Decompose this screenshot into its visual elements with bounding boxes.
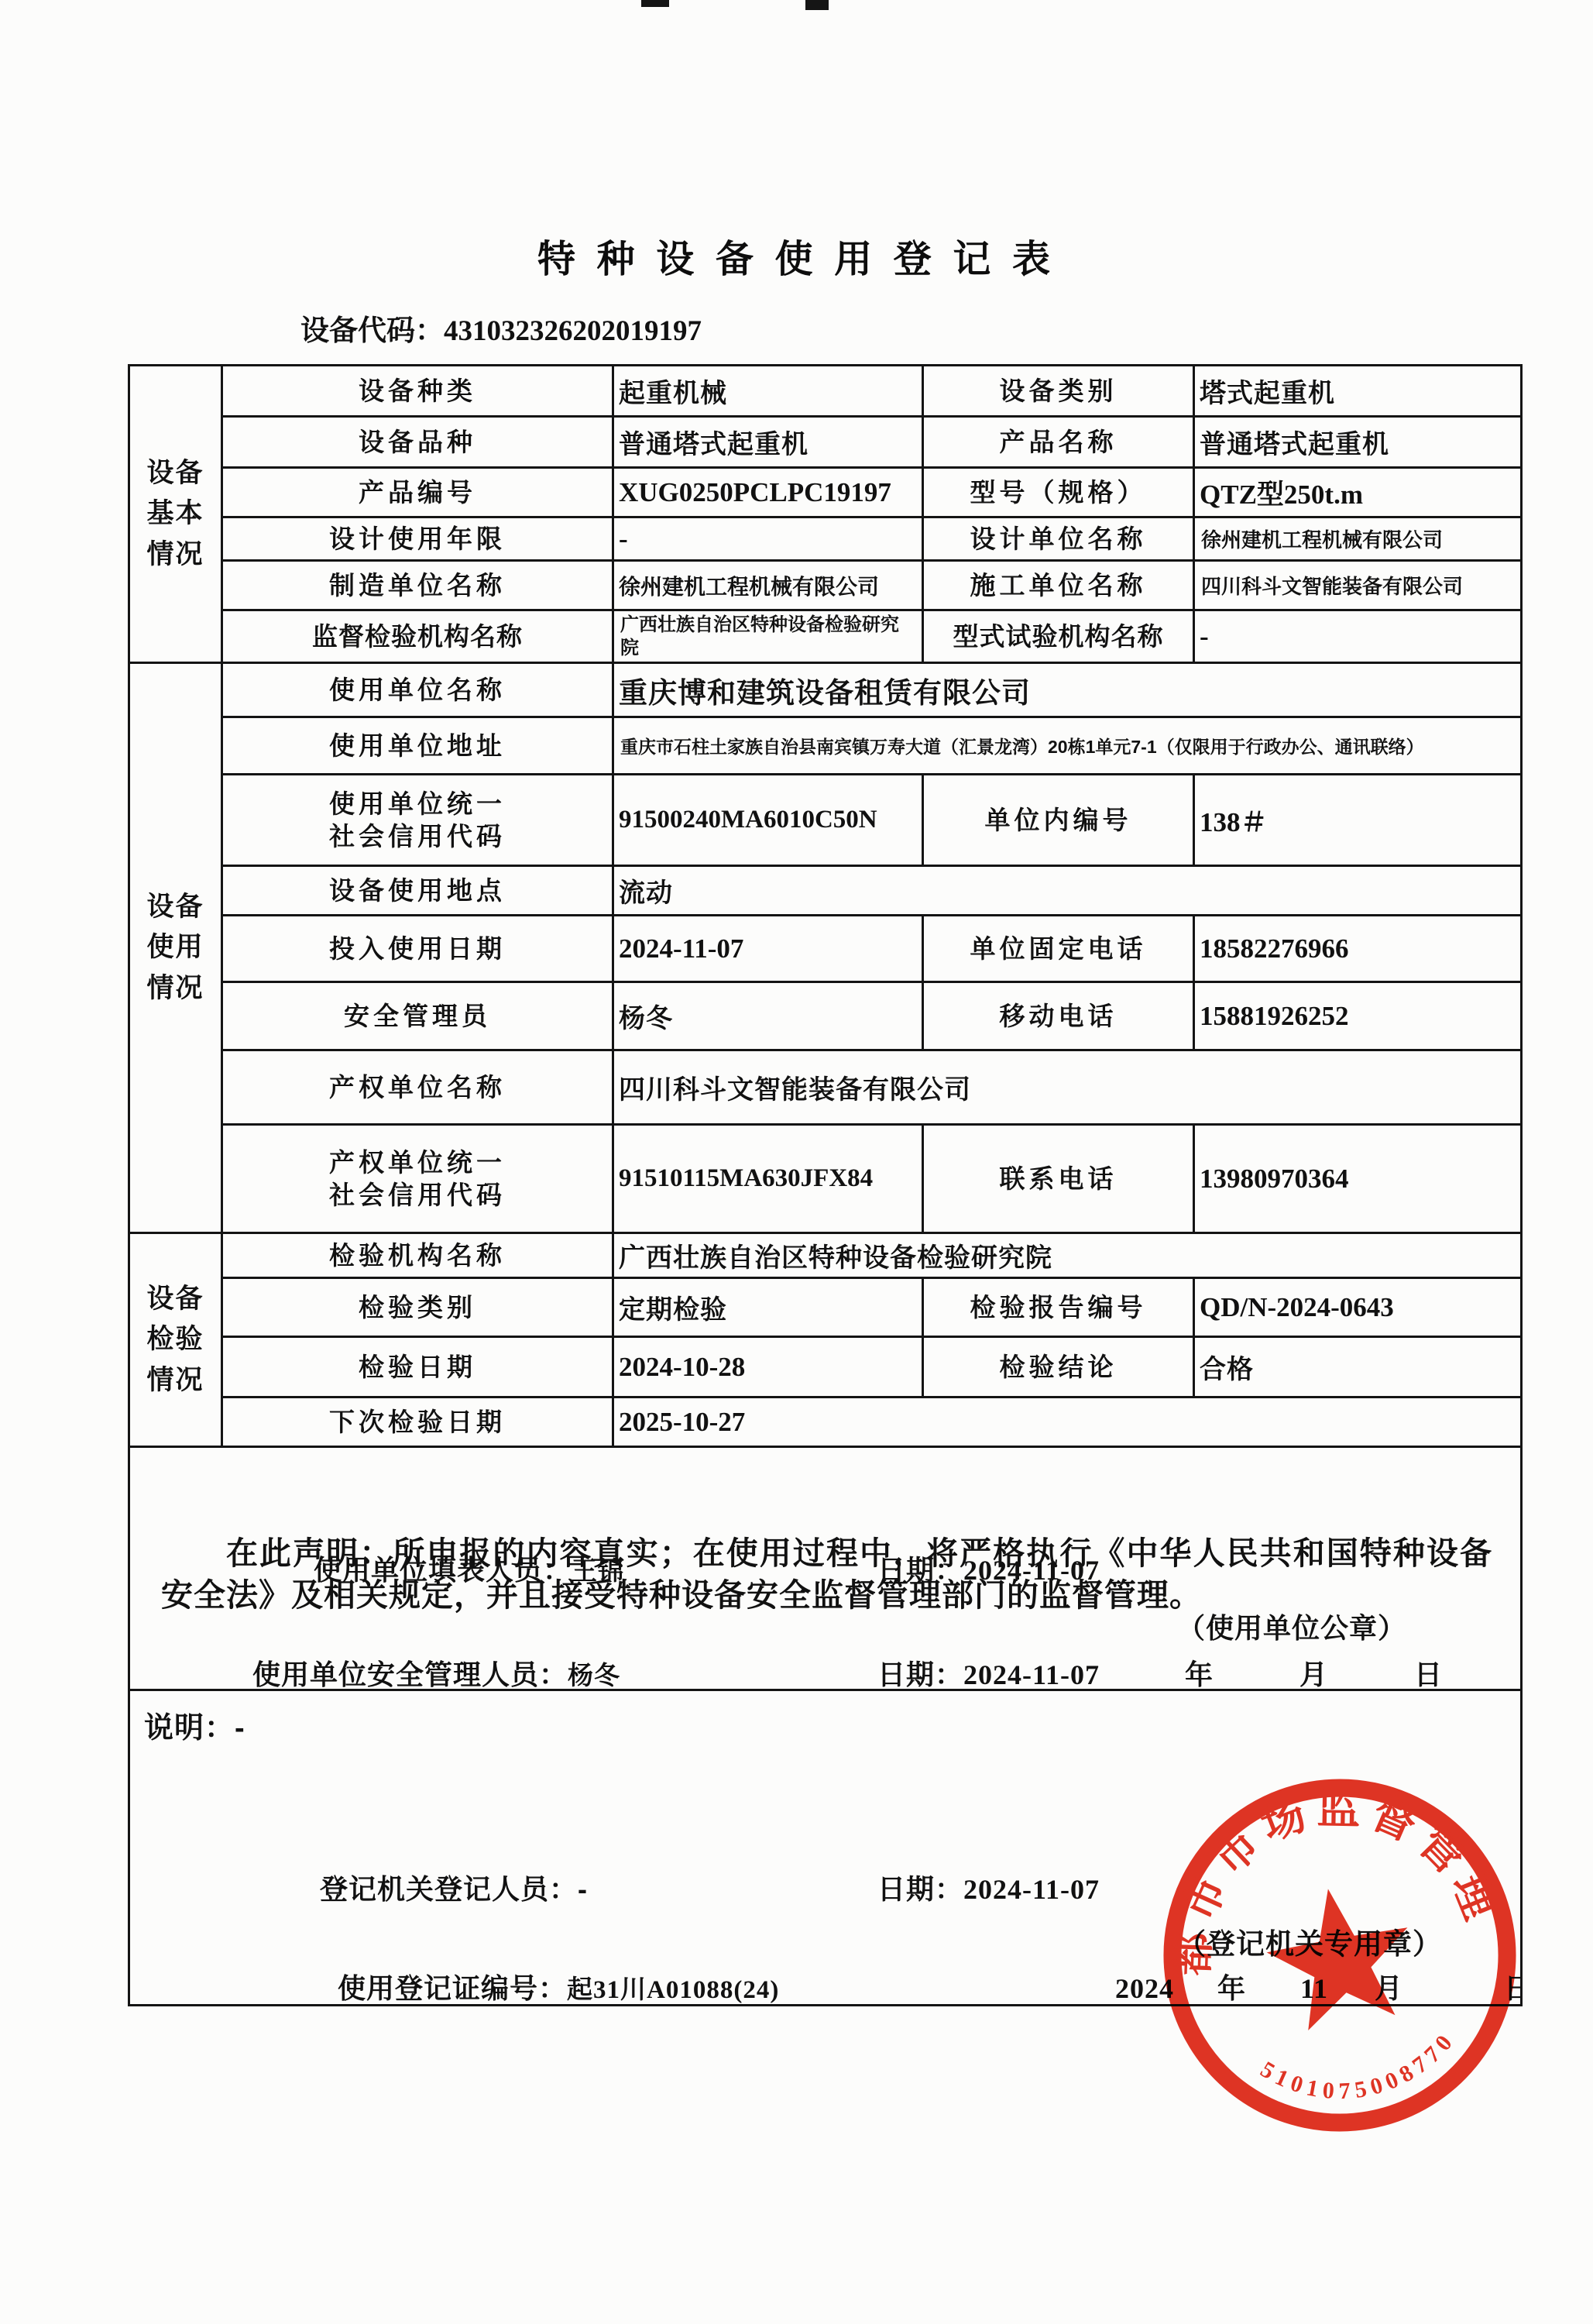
field-value: 普通塔式起重机 [1194, 417, 1522, 468]
registrar-row: 登记机关登记人员：- [320, 1868, 588, 1907]
table-row: 设备 检验 情况 检验机构名称 广西壮族自治区特种设备检验研究院 [129, 1233, 1522, 1278]
device-code-label: 设备代码： [300, 315, 444, 346]
table-row: 投入使用日期 2024-11-07 单位固定电话 18582276966 [129, 916, 1522, 982]
table-row: 监督检验机构名称 广西壮族自治区特种设备检验研究院 型式试验机构名称 - [129, 610, 1522, 663]
field-label: 检验机构名称 [222, 1233, 613, 1278]
scan-artifact [641, 0, 669, 7]
field-value: - [613, 517, 923, 561]
field-value: QD/N-2024-0643 [1194, 1278, 1522, 1337]
field-label: 下次检验日期 [222, 1397, 613, 1447]
section-label-basic: 设备 基本 情况 [129, 366, 222, 663]
field-value: 起重机械 [613, 366, 923, 417]
field-value: 定期检验 [613, 1278, 923, 1337]
field-label: 型号（规格） [923, 468, 1194, 517]
field-value: 重庆市石柱土家族自治县南宾镇万寿大道（汇景龙湾）20栋1单元7-1（仅限用于行政… [613, 717, 1522, 775]
table-row: 使用单位地址 重庆市石柱土家族自治县南宾镇万寿大道（汇景龙湾）20栋1单元7-1… [129, 717, 1522, 775]
field-value: 15881926252 [1194, 982, 1522, 1050]
field-label: 检验日期 [222, 1337, 613, 1397]
field-value: QTZ型250t.m [1194, 468, 1522, 517]
field-label: 设备使用地点 [222, 866, 613, 916]
registrar-date: 日期：2024-11-07 [877, 1868, 1100, 1907]
unit-seal-note: （使用单位公章） [1177, 1607, 1406, 1646]
ymd-blank: 年 月 日 [1185, 1653, 1443, 1690]
field-label: 监督检验机构名称 [222, 610, 613, 663]
field-value: 138＃ [1194, 775, 1522, 866]
table-row: 产权单位名称 四川科斗文智能装备有限公司 [129, 1050, 1522, 1125]
field-value: XUG0250PCLPC19197 [613, 468, 923, 517]
field-label: 使用单位名称 [222, 663, 613, 717]
section-label-inspection: 设备 检验 情况 [129, 1233, 222, 1447]
filler-date: 日期：2024-11-07 [877, 1549, 1100, 1588]
field-label: 施工单位名称 [923, 561, 1194, 610]
field-label: 产权单位名称 [222, 1050, 613, 1125]
filler-name: 王锦 [572, 1556, 624, 1585]
field-value: 塔式起重机 [1194, 366, 1522, 417]
field-value: 广西壮族自治区特种设备检验研究院 [613, 1233, 1522, 1278]
table-row: 使用单位统一 社会信用代码 91500240MA6010C50N 单位内编号 1… [129, 775, 1522, 866]
table-row: 设备品种 普通塔式起重机 产品名称 普通塔式起重机 [129, 417, 1522, 468]
safety-name: 杨冬 [568, 1661, 620, 1690]
field-label: 单位内编号 [923, 775, 1194, 866]
field-label: 设计单位名称 [923, 517, 1194, 561]
field-label: 单位固定电话 [923, 916, 1194, 982]
field-label: 联系电话 [923, 1125, 1194, 1233]
declaration-block: 在此声明：所申报的内容真实；在使用过程中，将严格执行《中华人民共和国特种设备安全… [129, 1447, 1522, 1690]
field-value: 2024-10-28 [613, 1337, 923, 1397]
field-value: 2024-11-07 [613, 916, 923, 982]
filler-label: 使用单位填表人员： [314, 1554, 572, 1586]
safety-row: 使用单位安全管理人员：杨冬 [252, 1653, 620, 1690]
field-label: 产品编号 [222, 468, 613, 517]
field-label: 检验报告编号 [923, 1278, 1194, 1337]
field-label: 移动电话 [923, 982, 1194, 1050]
field-label: 安全管理员 [222, 982, 613, 1050]
table-row: 产权单位统一 社会信用代码 91510115MA630JFX84 联系电话 13… [129, 1125, 1522, 1233]
field-label: 产品名称 [923, 417, 1194, 468]
safety-date: 日期：2024-11-07 [877, 1653, 1100, 1690]
field-value: 91510115MA630JFX84 [613, 1125, 923, 1233]
table-row: 在此声明：所申报的内容真实；在使用过程中，将严格执行《中华人民共和国特种设备安全… [129, 1447, 1522, 1690]
field-label: 设备品种 [222, 417, 613, 468]
table-row: 设备 使用 情况 使用单位名称 重庆博和建筑设备租赁有限公司 [129, 663, 1522, 717]
page-title: 特 种 设 备 使 用 登 记 表 [0, 229, 1593, 284]
field-value: 普通塔式起重机 [613, 417, 923, 468]
field-label: 设备种类 [222, 366, 613, 417]
field-value: 四川科斗文智能装备有限公司 [613, 1050, 1522, 1125]
field-value: 四川科斗文智能装备有限公司 [1194, 561, 1522, 610]
note-label: 说明：- [144, 1703, 245, 1746]
scan-artifact [805, 0, 829, 10]
safety-label: 使用单位安全管理人员： [252, 1659, 568, 1690]
field-value: 重庆博和建筑设备租赁有限公司 [613, 663, 1522, 717]
document-page: 特 种 设 备 使 用 登 记 表 设备代码：43103232620201919… [0, 0, 1593, 2324]
table-row: 安全管理员 杨冬 移动电话 15881926252 [129, 982, 1522, 1050]
field-value: 杨冬 [613, 982, 923, 1050]
field-label: 制造单位名称 [222, 561, 613, 610]
field-label: 型式试验机构名称 [923, 610, 1194, 663]
field-value: 广西壮族自治区特种设备检验研究院 [613, 610, 923, 663]
field-label: 检验类别 [222, 1278, 613, 1337]
field-value: 徐州建机工程机械有限公司 [613, 561, 923, 610]
field-value: - [1194, 610, 1522, 663]
registration-table: 设备 基本 情况 设备种类 起重机械 设备类别 塔式起重机 设备品种 普通塔式起… [128, 364, 1523, 2006]
table-row: 检验日期 2024-10-28 检验结论 合格 [129, 1337, 1522, 1397]
filler-row: 使用单位填表人员：王锦 [314, 1549, 624, 1588]
table-row: 设备 基本 情况 设备种类 起重机械 设备类别 塔式起重机 [129, 366, 1522, 417]
field-value: 合格 [1194, 1337, 1522, 1397]
table-row: 产品编号 XUG0250PCLPC19197 型号（规格） QTZ型250t.m [129, 468, 1522, 517]
official-stamp: 都市市场监督管理 5101075008770 [1152, 1768, 1527, 2143]
cert-row: 使用登记证编号：起31川A01088(24) [338, 1967, 779, 2006]
cert-number: 起31川A01088(24) [567, 1976, 779, 2004]
field-value: 徐州建机工程机械有限公司 [1194, 517, 1522, 561]
field-label: 检验结论 [923, 1337, 1194, 1397]
field-label: 设计使用年限 [222, 517, 613, 561]
device-code-value: 431032326202019197 [444, 315, 702, 347]
table-row: 设计使用年限 - 设计单位名称 徐州建机工程机械有限公司 [129, 517, 1522, 561]
field-label: 产权单位统一 社会信用代码 [222, 1125, 613, 1233]
field-label: 投入使用日期 [222, 916, 613, 982]
field-label: 设备类别 [923, 366, 1194, 417]
stamp-star [1258, 1876, 1422, 2035]
field-value: 13980970364 [1194, 1125, 1522, 1233]
cert-label: 使用登记证编号： [338, 1972, 567, 2004]
device-code-line: 设备代码：431032326202019197 [300, 307, 702, 349]
table-row: 下次检验日期 2025-10-27 [129, 1397, 1522, 1447]
field-value: 18582276966 [1194, 916, 1522, 982]
table-row: 设备使用地点 流动 [129, 866, 1522, 916]
field-label: 使用单位地址 [222, 717, 613, 775]
section-label-usage: 设备 使用 情况 [129, 663, 222, 1233]
table-row: 制造单位名称 徐州建机工程机械有限公司 施工单位名称 四川科斗文智能装备有限公司 [129, 561, 1522, 610]
field-label: 使用单位统一 社会信用代码 [222, 775, 613, 866]
field-value: 91500240MA6010C50N [613, 775, 923, 866]
field-value: 流动 [613, 866, 1522, 916]
table-row: 检验类别 定期检验 检验报告编号 QD/N-2024-0643 [129, 1278, 1522, 1337]
field-value: 2025-10-27 [613, 1397, 1522, 1447]
